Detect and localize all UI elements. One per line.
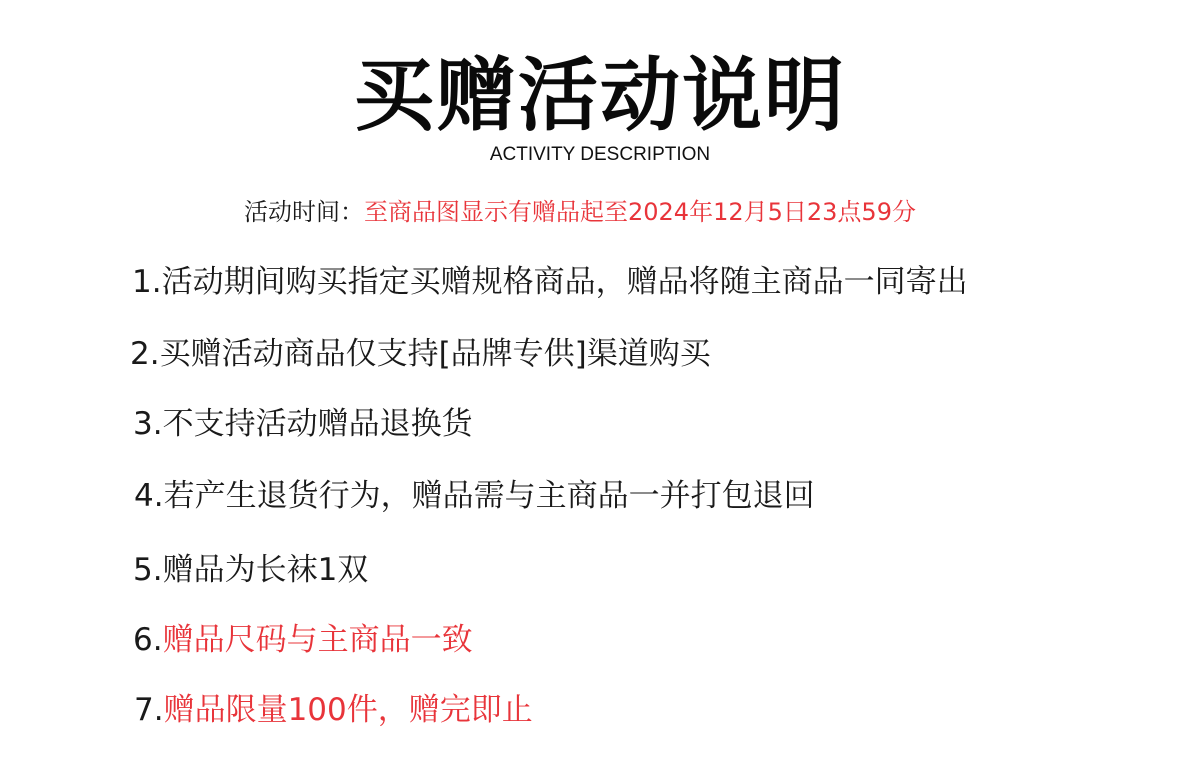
- rule-number: 6.: [133, 622, 163, 658]
- activity-time-label: 活动时间：: [244, 198, 364, 226]
- rule-item-6: 6.赠品尺码与主商品一致: [133, 620, 473, 660]
- rule-item-5: 5.赠品为长袜1双: [133, 550, 368, 590]
- rule-text-highlight: 赠品限量100件，赠完即止: [164, 692, 533, 728]
- rule-text: 买赠活动商品仅支持[品牌专供]渠道购买: [160, 336, 711, 372]
- page-subtitle: ACTIVITY DESCRIPTION: [0, 143, 1200, 167]
- rule-item-7: 7.赠品限量100件，赠完即止: [134, 690, 533, 730]
- rule-number: 4.: [134, 478, 164, 514]
- rule-text: 赠品为长袜1双: [163, 552, 369, 588]
- rule-item-3: 3.不支持活动赠品退换货: [133, 404, 473, 444]
- activity-time-value: 至商品图显示有赠品起至2024年12月5日23点59分: [364, 198, 916, 226]
- rule-text-highlight: 赠品尺码与主商品一致: [163, 622, 473, 658]
- rule-item-1: 1.活动期间购买指定买赠规格商品，赠品将随主商品一同寄出: [132, 262, 968, 302]
- rule-number: 5.: [133, 552, 163, 588]
- rule-text: 若产生退货行为，赠品需与主商品一并打包退回: [164, 478, 815, 514]
- activity-time: 活动时间：至商品图显示有赠品起至2024年12月5日23点59分: [244, 196, 916, 228]
- rule-number: 1.: [132, 264, 162, 300]
- rule-item-2: 2.买赠活动商品仅支持[品牌专供]渠道购买: [130, 334, 711, 374]
- rule-text: 不支持活动赠品退换货: [163, 406, 473, 442]
- page-title: 买赠活动说明: [0, 48, 1200, 144]
- rule-number: 7.: [134, 692, 164, 728]
- rule-item-4: 4.若产生退货行为，赠品需与主商品一并打包退回: [134, 476, 815, 516]
- rule-number: 3.: [133, 406, 163, 442]
- rule-number: 2.: [130, 336, 160, 372]
- rule-text: 活动期间购买指定买赠规格商品，赠品将随主商品一同寄出: [162, 264, 968, 300]
